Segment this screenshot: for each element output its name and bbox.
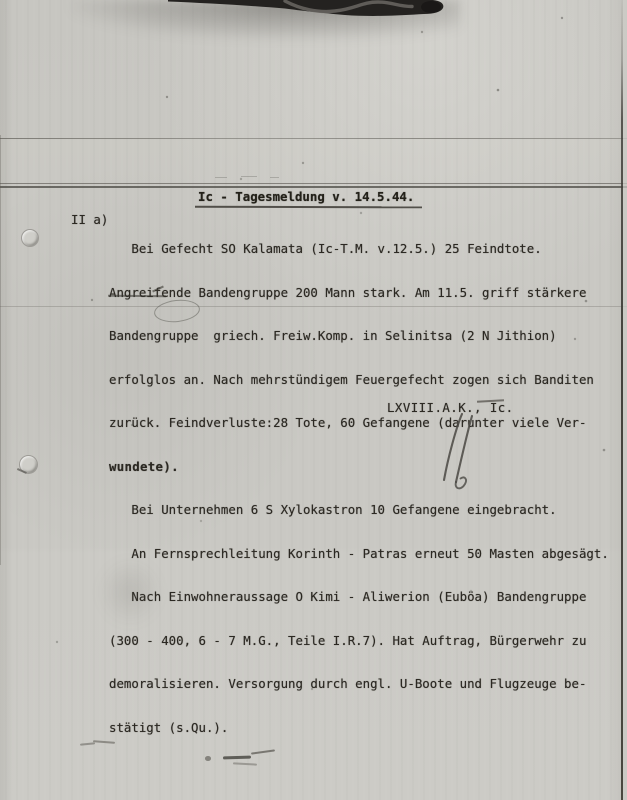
body-line: demoralisieren. Versorgung durch engl. U…: [109, 677, 609, 692]
title-underline: [195, 205, 422, 208]
handwritten-initials: [428, 410, 488, 495]
double-rule-lower: [0, 186, 627, 187]
document-title: Ic - Tagesmeldung v. 14.5.44.: [198, 190, 414, 205]
body-line: Nach Einwohneraussage O Kimi - Aliwerion…: [109, 590, 609, 605]
section-label: II a): [71, 213, 108, 228]
body-line: wundete).: [109, 460, 609, 475]
scanned-document-page: Ic - Tagesmeldung v. 14.5.44. II a) Bei …: [0, 0, 627, 800]
double-rule-upper: [0, 183, 627, 184]
body-line: Bei Unternehmen 6 S Xylokastron 10 Gefan…: [109, 503, 609, 518]
scan-right-margin: [623, 0, 627, 800]
report-body: Bei Gefecht SO Kalamata (Ic-T.M. v.12.5.…: [109, 213, 609, 764]
scan-edge-line-left: [0, 135, 1, 565]
body-line: An Fernsprechleitung Korinth - Patras er…: [109, 547, 609, 562]
body-line: (300 - 400, 6 - 7 M.G., Teile I.R.7). Ha…: [109, 634, 609, 649]
horizontal-crease-line: [0, 138, 627, 139]
faint-dash-mark: [241, 176, 257, 177]
faint-dash-mark: [215, 177, 227, 178]
overtype-strike-mark: [108, 294, 166, 297]
body-line: Angreifende Bandengruppe 200 Mann stark.…: [109, 286, 609, 301]
binder-clip-artifact: [0, 0, 627, 42]
faint-dash-mark: [270, 177, 279, 178]
body-line: stätigt (s.Qu.).: [109, 721, 609, 736]
punch-hole-top: [21, 229, 39, 247]
body-line: Bandengruppe griech. Freiw.Komp. in Seli…: [109, 329, 609, 344]
body-line: zurück. Feindverluste:28 Tote, 60 Gefang…: [109, 416, 609, 431]
body-line: Bei Gefecht SO Kalamata (Ic-T.M. v.12.5.…: [109, 242, 609, 257]
body-line: erfolglos an. Nach mehrstündigem Feuerge…: [109, 373, 609, 388]
